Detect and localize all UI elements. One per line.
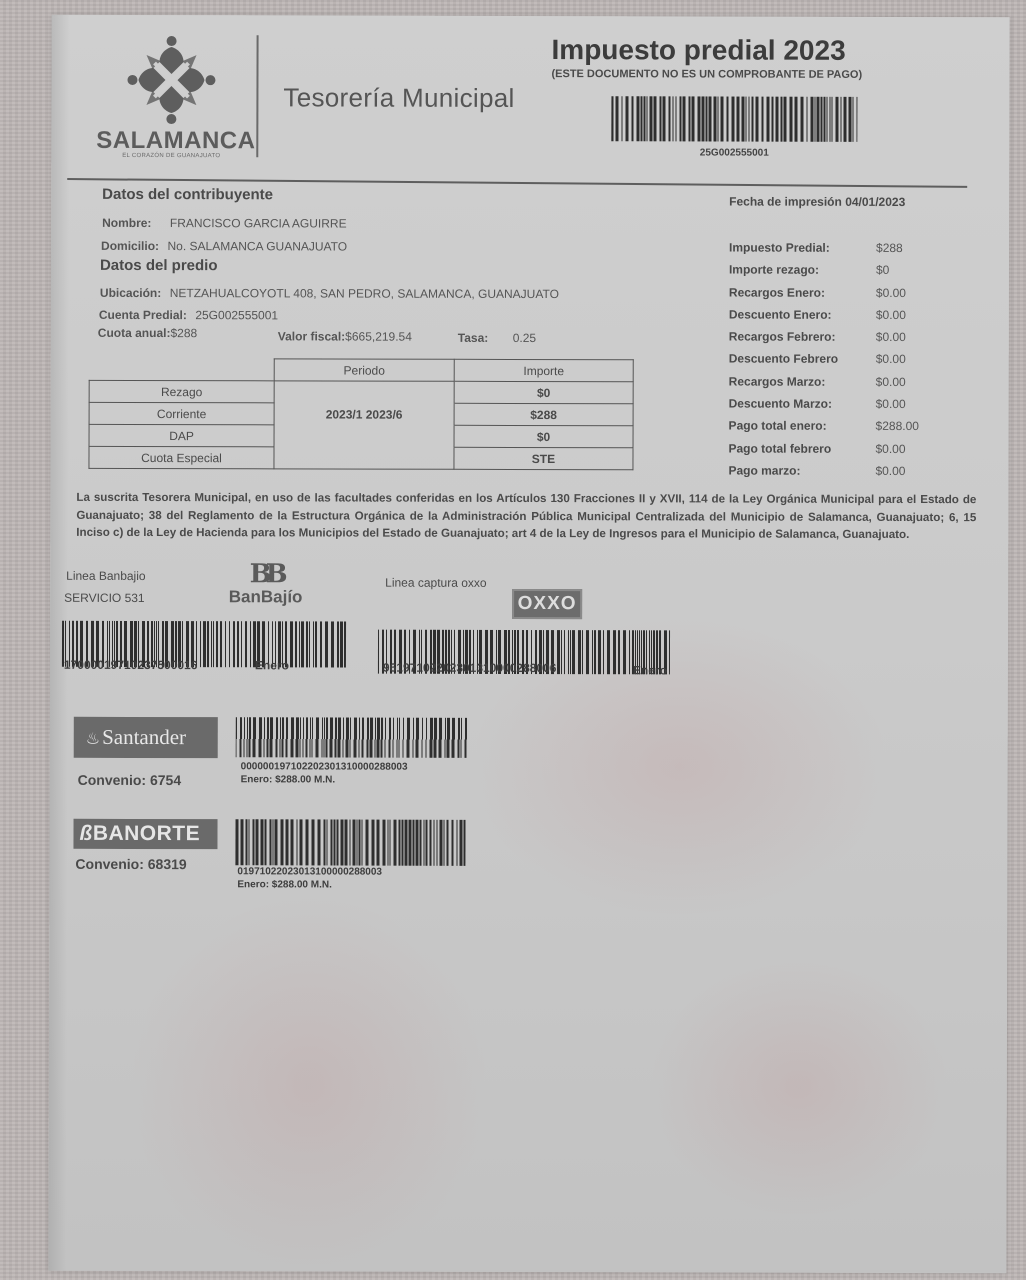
rate-value: 0.25 [513,331,536,345]
oxxo-reference: 96197102202301310000288006 [383,661,557,675]
summary-value: $0.00 [875,442,905,456]
summary-row: Descuento Enero:$0.00 [729,307,929,330]
print-date-value: 04/01/2023 [845,195,905,209]
property-section-title: Datos del predio [100,257,218,274]
summary-label: Pago marzo: [728,463,800,477]
table-header-period: Periodo [274,359,454,381]
summary-row: Pago total enero:$288.00 [729,419,929,442]
summary-row: Impuesto Predial:$288 [729,241,929,264]
paper-stain [128,895,489,1273]
property-annual-fee-row: Cuota anual:$288 [98,324,197,342]
summary-value: $0.00 [876,397,906,411]
banorte-agreement: Convenio: 68319 [75,856,186,872]
payment-summary: Impuesto Predial:$288 Importe rezago:$0 … [728,241,929,487]
amount-cell: $288 [454,403,633,425]
concept-cell: Rezago [89,380,274,402]
banbajio-logo: BB BanBajío [218,561,313,607]
oxxo-month: Enero [633,663,667,677]
summary-row: Recargos Enero:$0.00 [729,285,929,308]
table-row: Corriente 2023/1 2023/6 $288 [89,402,633,425]
santander-agreement: Convenio: 6754 [78,772,182,788]
summary-label: Impuesto Predial: [729,241,830,255]
summary-row: Recargos Marzo:$0.00 [729,374,929,397]
amount-cell: $0 [454,381,633,403]
location-label: Ubicación: [100,286,161,300]
period-table: Periodo Importe Rezago $0 Corriente 2023… [88,358,633,470]
print-date-label: Fecha de impresión [729,195,842,209]
summary-value: $288 [876,241,903,255]
santander-amount: Enero: $288.00 M.N. [241,774,336,785]
banbajio-logo-text: BanBajío [218,587,313,607]
header-divider [256,35,258,157]
tax-bill-document: SALAMANCA EL CORAZÓN DE GUANAJUATO Tesor… [48,15,1009,1274]
summary-row: Recargos Febrero:$0.00 [729,330,929,353]
property-account-row: Cuenta Predial: 25G002555001 [99,306,278,324]
name-value: FRANCISCO GARCIA AGUIRRE [170,216,347,230]
annual-fee-label: Cuota anual: [98,326,171,340]
concept-cell: Cuota Especial [89,446,274,468]
concept-cell: Corriente [89,402,274,424]
document-disclaimer: (ESTE DOCUMENTO NO ES UN COMPROBANTE DE … [551,68,862,81]
annual-fee-value: $288 [170,326,197,340]
summary-value: $0.00 [876,286,906,300]
banbajio-mark-icon: BB [218,561,313,587]
summary-value: $0.00 [876,375,906,389]
department-name: Tesorería Municipal [283,82,514,114]
summary-label: Recargos Febrero: [729,330,836,344]
summary-label: Pago total enero: [729,419,827,433]
banorte-logo-text: BANORTE [93,822,200,845]
summary-row: Pago total febrero$0.00 [728,441,928,464]
account-barcode-number: 25G002555001 [611,147,857,159]
taxpayer-section-title: Datos del contribuyente [102,186,273,203]
taxpayer-name-row: Nombre: FRANCISCO GARCIA AGUIRRE [102,214,347,233]
paper-stain [649,956,950,1217]
summary-label: Importe rezago: [729,263,819,277]
summary-row: Descuento Marzo:$0.00 [729,397,929,420]
table-header-amount: Importe [454,359,633,381]
banorte-symbol-icon: ß [79,822,92,845]
banorte-barcode [235,819,465,866]
santander-barcode [236,717,468,758]
property-location-row: Ubicación: NETZAHUALCOYOTL 408, SAN PEDR… [100,284,559,303]
salamanca-emblem-icon [126,35,216,125]
table-header-empty [89,358,274,380]
logo-tagline: EL CORAZÓN DE GUANAJUATO [96,153,246,159]
amount-cell: $0 [454,425,633,447]
period-cell [274,447,454,469]
summary-label: Recargos Enero: [729,285,825,299]
oxxo-line-label: Linea captura oxxo [385,576,486,590]
fiscal-value-value: $665,219.54 [345,330,412,344]
summary-label: Descuento Marzo: [729,397,832,411]
document-title: Impuesto predial 2023 [552,34,846,67]
period-cell [274,381,454,403]
account-label: Cuenta Predial: [99,308,187,322]
banbajio-reference: 17000019710237500016 [64,658,198,672]
banorte-amount: Enero: $288.00 M.N. [237,879,332,890]
summary-row: Importe rezago:$0 [729,263,929,286]
banbajio-month: Enero [255,658,289,672]
table-row: Rezago $0 [89,380,633,403]
property-fiscal-value-row: Valor fiscal:$665,219.54 [278,327,412,345]
account-barcode [611,96,857,142]
rate-label: Tasa: [458,331,489,345]
legal-notice: La suscrita Tesorera Municipal, en uso d… [76,489,976,544]
summary-label: Descuento Enero: [729,307,832,321]
banorte-reference: 01971022023013100000288003 [237,866,382,877]
summary-label: Descuento Febrero [729,352,838,366]
table-row: DAP $0 [89,424,633,447]
address-value: No. SALAMANCA GUANAJUATO [167,239,347,253]
summary-row: Pago marzo:$0.00 [728,463,928,486]
summary-value: $0.00 [875,464,905,478]
summary-value: $288.00 [876,419,919,433]
property-rate-row: Tasa: 0.25 [458,329,536,347]
logo-name: SALAMANCA [96,127,246,155]
summary-value: $0.00 [876,308,906,322]
summary-value: $0.00 [876,352,906,366]
period-cell [274,425,454,447]
account-value: 25G002555001 [195,308,278,322]
summary-row: Descuento Febrero$0.00 [729,352,929,375]
address-label: Domicilio: [101,239,159,253]
name-label: Nombre: [102,216,151,230]
banorte-logo: ßBANORTE [73,819,217,849]
summary-value: $0 [876,263,889,277]
santander-reference: 000000197102202301310000288003 [241,761,408,772]
print-date: Fecha de impresión 04/01/2023 [729,195,905,209]
banbajio-service-label: SERVICIO 531 [64,591,145,605]
period-cell: 2023/1 2023/6 [274,403,454,425]
summary-value: $0.00 [876,330,906,344]
table-header-row: Periodo Importe [89,358,633,381]
oxxo-logo: OXXO [512,589,582,619]
santander-flame-icon: ♨ [86,729,100,748]
taxpayer-address-row: Domicilio: No. SALAMANCA GUANAJUATO [101,237,347,256]
salamanca-logo: SALAMANCA EL CORAZÓN DE GUANAJUATO [96,35,246,165]
santander-logo: ♨Santander [74,717,218,758]
santander-logo-text: Santander [102,725,186,749]
banbajio-line-label: Linea Banbajio [66,569,145,583]
table-row: Cuota Especial STE [89,446,633,469]
amount-cell: STE [454,447,633,469]
concept-cell: DAP [89,424,274,446]
fiscal-value-label: Valor fiscal: [278,329,345,343]
location-value: NETZAHUALCOYOTL 408, SAN PEDRO, SALAMANC… [170,286,559,301]
summary-label: Recargos Marzo: [729,374,826,388]
summary-label: Pago total febrero [728,441,831,455]
